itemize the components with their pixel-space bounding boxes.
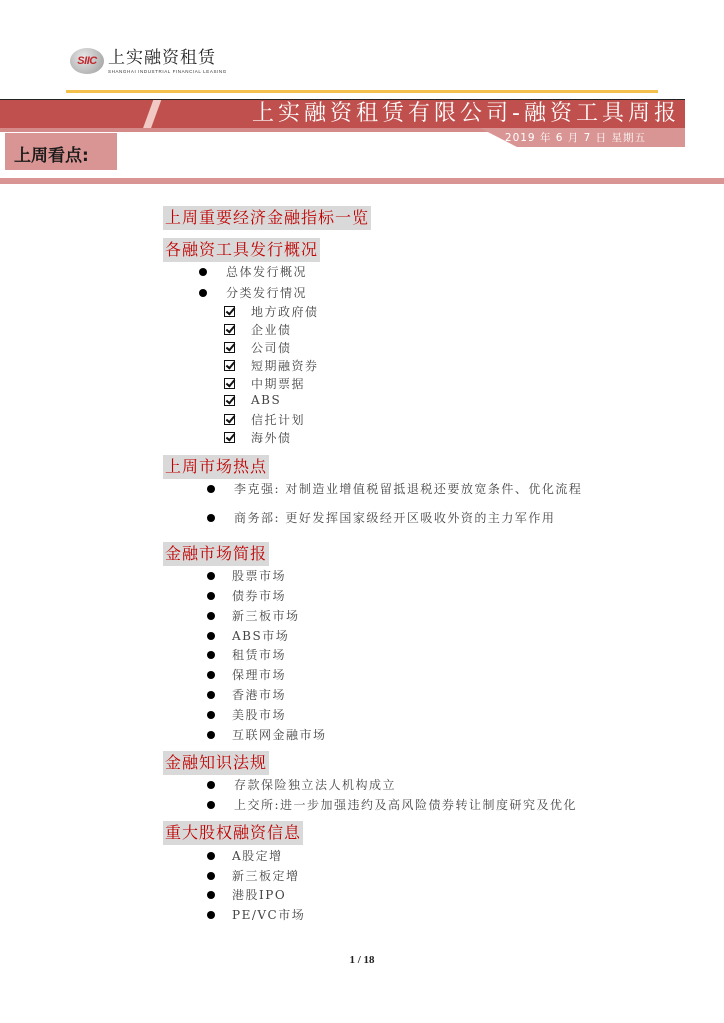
toc-item[interactable]: 互联网金融市场 [207,726,327,743]
checkbox-checked-icon [224,324,235,335]
checkbox-checked-icon [224,395,235,406]
toc-heading-issuance-overview[interactable]: 各融资工具发行概况 [163,238,320,262]
bullet-icon [207,514,215,522]
toc-item[interactable]: 债券市场 [207,587,286,604]
header-gold-divider [66,90,658,93]
toc-subitem[interactable]: 短期融资券 [224,357,319,374]
bullet-icon [207,801,215,809]
toc-subitem[interactable]: 公司债 [224,339,292,356]
bullet-icon [207,891,215,899]
report-date: 2019 年 6 月 7 日 星期五 [505,130,646,145]
bullet-icon [207,592,215,600]
checkbox-checked-icon [224,378,235,389]
bullet-icon [199,268,207,276]
toc-item[interactable]: 美股市场 [207,706,286,723]
toc-subitem[interactable]: 地方政府债 [224,303,319,320]
bullet-icon [207,911,215,919]
header-bottom-rule [0,178,724,184]
toc-subitem[interactable]: 企业债 [224,321,292,338]
toc-item[interactable]: ABS市场 [207,627,289,644]
page-number: 1 / 18 [0,954,724,966]
toc-item[interactable]: PE/VC市场 [207,906,305,923]
toc-heading-regulations[interactable]: 金融知识法规 [163,751,269,775]
toc-item[interactable]: 香港市场 [207,686,286,703]
checkbox-checked-icon [224,360,235,371]
bullet-icon [207,852,215,860]
bullet-icon [207,872,215,880]
checkbox-checked-icon [224,342,235,353]
toc-item[interactable]: 商务部: 更好发挥国家级经开区吸收外资的主力军作用 [207,509,555,526]
bullet-icon [207,711,215,719]
bullet-icon [207,671,215,679]
checkbox-checked-icon [224,306,235,317]
checkbox-checked-icon [224,432,235,443]
bullet-icon [207,781,215,789]
toc-item[interactable]: 保理市场 [207,666,286,683]
bullet-icon [207,612,215,620]
toc-item[interactable]: 港股IPO [207,886,286,903]
toc-item[interactable]: 新三板定增 [207,867,300,884]
bullet-icon [207,691,215,699]
checkbox-checked-icon [224,414,235,425]
bullet-icon [199,289,207,297]
toc-item[interactable]: 总体发行概况 [199,263,307,280]
toc-item[interactable]: 租赁市场 [207,646,286,663]
toc-heading-market-brief[interactable]: 金融市场简报 [163,542,269,566]
logo-chinese-name: 上实融资租赁 [108,49,227,67]
toc-item[interactable]: 新三板市场 [207,607,300,624]
bullet-icon [207,651,215,659]
bullet-icon [207,731,215,739]
section-label: 上周看点: [14,141,89,166]
toc-item[interactable]: 股票市场 [207,567,286,584]
report-title: 上实融资租赁有限公司-融资工具周报 [252,101,680,127]
toc-item[interactable]: 李克强: 对制造业增值税留抵退税还要放宽条件、优化流程 [207,480,582,497]
bullet-icon [207,572,215,580]
toc-item[interactable]: 存款保险独立法人机构成立 [207,776,396,793]
toc-heading-equity-financing[interactable]: 重大股权融资信息 [163,821,303,845]
toc-item[interactable]: 上交所:进一步加强违约及高风险债券转让制度研究及优化 [207,796,577,813]
toc-item[interactable]: 分类发行情况 [199,284,307,301]
toc-subitem[interactable]: 中期票据 [224,375,305,392]
toc-heading-market-hotspots[interactable]: 上周市场热点 [163,455,269,479]
company-logo: SIIC 上实融资租赁 SHANGHAI INDUSTRIAL FINANCIA… [70,48,227,74]
toc-subitem[interactable]: ABS [224,393,281,407]
toc-subitem[interactable]: 海外债 [224,429,292,446]
logo-english-name: SHANGHAI INDUSTRIAL FINANCIAL LEASING [108,69,227,74]
bullet-icon [207,485,215,493]
toc-item[interactable]: A股定增 [207,847,283,864]
toc-heading-economic-indicators[interactable]: 上周重要经济金融指标一览 [163,206,371,230]
bullet-icon [207,632,215,640]
toc-subitem[interactable]: 信托计划 [224,411,305,428]
siic-logo-icon: SIIC [70,48,104,74]
